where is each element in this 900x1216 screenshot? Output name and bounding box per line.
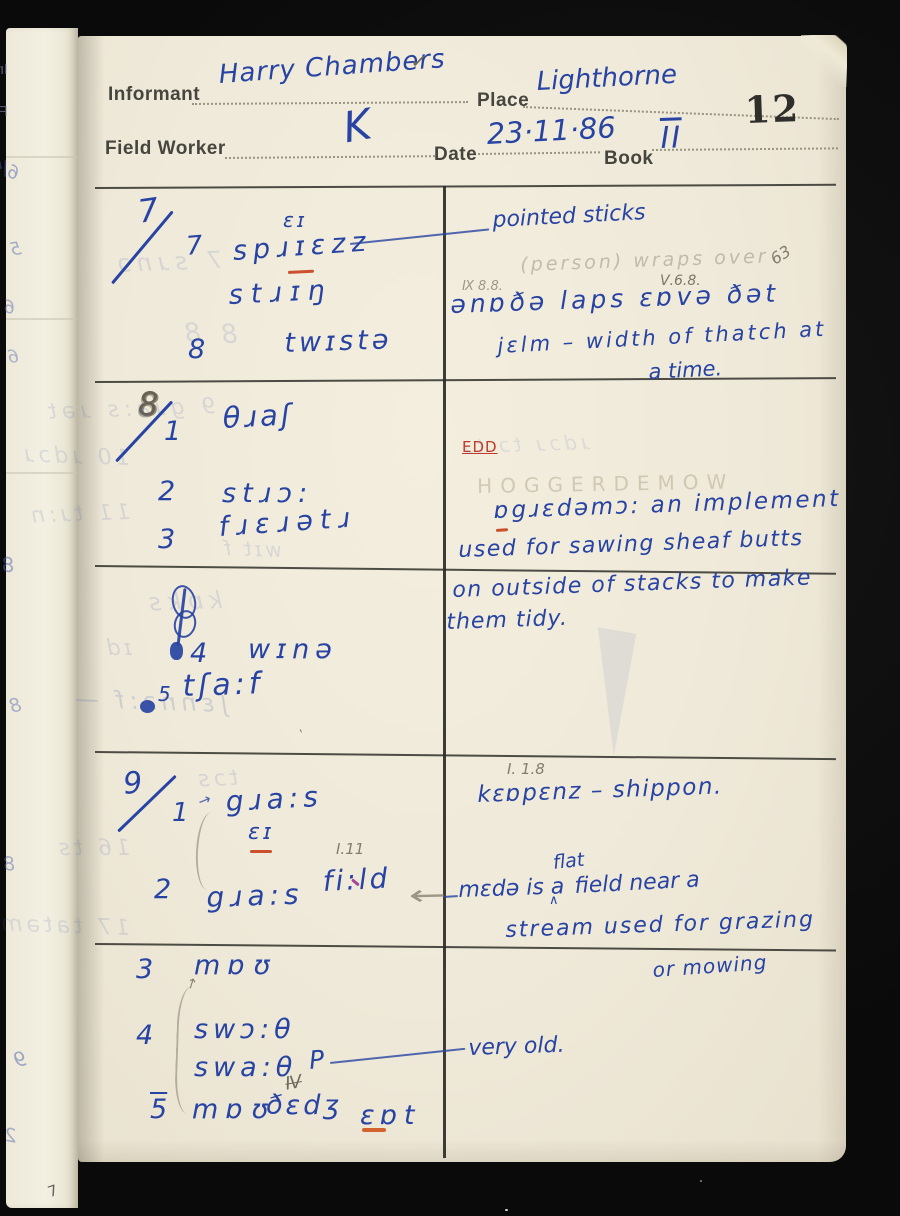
definition-line: field near a (574, 869, 700, 898)
table-rule-1 (95, 184, 836, 189)
definition-line: used for sawing sheaf butts (458, 528, 804, 562)
phonetic-word-thrash: θɹaʃ (222, 400, 294, 433)
entry-group-number: 7 (136, 193, 161, 228)
fieldworker-value: K (340, 103, 374, 149)
entry-group-number: 9 (122, 768, 144, 800)
strip-ghost-mark: 9 (12, 1048, 29, 1070)
pencil-left-arrow: ← (408, 881, 447, 910)
informant-dotted-line (192, 101, 468, 105)
definition-line: jɛlm – width of thatch at (497, 319, 827, 357)
item-number: 3 (158, 526, 175, 553)
strip-ghost-mark: 8 (0, 554, 16, 576)
item-number: 4 (136, 1022, 153, 1049)
book-label: Book (604, 149, 654, 168)
ghost-text: 17 tatəma:θ (0, 912, 130, 940)
ghost-text: ɹdɔɹ tɔ tɹ (459, 432, 591, 457)
item-number: 5 (150, 1096, 167, 1123)
strip-ghost-mark: 8 (2, 855, 16, 875)
phonetic-phrase-cowpens: kɛɒpɛnz – shippon. (477, 775, 723, 807)
dog-ear-corner (801, 35, 847, 87)
phonetic-word-grass: gɹa:s (206, 881, 304, 912)
pencil-bracket (194, 812, 214, 891)
strip-ghost-mark: 8 (8, 696, 23, 716)
bleedthrough-shape (590, 627, 640, 757)
date-value: 23·11·86 (486, 113, 616, 149)
inserted-word: flat (552, 851, 585, 873)
informant-label: Informant (108, 85, 200, 104)
checkmark: ✓ (409, 50, 428, 72)
phonetic-word-the-edge: ðɛdʒ (266, 1092, 342, 1119)
superscript-variant: ɛɪ (248, 822, 274, 844)
ghost-text: kɒks (143, 588, 223, 615)
phonetic-word-string: stɹɪŋ (228, 277, 334, 309)
item-number: 3 (136, 956, 153, 983)
pencil-note: (person) wraps over (520, 247, 769, 275)
phonetic-word-winnower: wɪnə (248, 636, 338, 663)
ghost-text: ɪd (104, 638, 132, 660)
ghost-text: 10 ɹdɔɹ (20, 444, 130, 470)
phonetic-word-mow: mɒʊ (194, 952, 278, 979)
ghost-text: 9 gɹa:s ɹət (43, 396, 216, 424)
ghost-text: tɔs (194, 768, 239, 792)
definition-line: them tidy. (446, 608, 568, 634)
ghost-text: 11 tɹ:n (27, 502, 131, 528)
scan-backdrop: { "colors": {"ink":"#2743a3","pencil":"#… (0, 0, 900, 1216)
gloss-note: pointed sticks (492, 202, 646, 232)
superscript-variant: ɛɪ (283, 210, 307, 230)
dust-speck (700, 1180, 702, 1182)
phonetic-word-swath: swa:θ (194, 1054, 297, 1081)
hook-arrow: → (196, 791, 213, 810)
definition-line: or mowing (652, 952, 768, 980)
phonetic-word-twister: twɪstə (284, 326, 393, 357)
item-number: 1 (172, 800, 189, 826)
strip-ghost-mark: 6 (2, 298, 16, 317)
column-divider (443, 186, 446, 1158)
item-number: 2 (158, 478, 175, 505)
definition-line: a time. (648, 358, 723, 383)
phonetic-word-out: ɛɒt (360, 1102, 420, 1129)
page-number: 12 (744, 90, 801, 129)
place-label: Place (477, 91, 529, 110)
phonetic-word-swath: swɔ:θ (194, 1016, 296, 1043)
date-label: Date (434, 145, 477, 164)
ghost-text: wɪt f (221, 538, 282, 560)
prev-page-edge: Informant Field W 6/4 5 6 6 8 8 8 9 2 (6, 28, 78, 1208)
strip-ghost-mark: 2 (3, 1126, 18, 1147)
ink-blot (170, 642, 183, 660)
pencil-up-arrow: ↑ (184, 976, 199, 993)
item-number: 1 (164, 418, 181, 445)
red-underline (288, 270, 314, 274)
phonetic-word-mow: mɒʊ (192, 1096, 276, 1123)
phonetic-word-straw: stɹɔ: (222, 480, 313, 507)
ghost-text: ʃɛnnɔ:f — (69, 686, 228, 715)
pencil-reference: I.11 (336, 842, 364, 857)
date-dotted-line (478, 151, 600, 155)
book-value: II (660, 123, 683, 154)
insertion-caret: ∧ (549, 894, 559, 907)
ghost-text: 16 ts (55, 838, 130, 860)
phonetic-word-spars: spɹɪɛzz (232, 228, 373, 265)
strip-crease (6, 472, 78, 474)
red-underline (362, 1128, 386, 1132)
phonetic-word-grass: gɹa:s (225, 783, 323, 816)
definition-line: on outside of stacks to make (452, 567, 812, 602)
strip-ghost-mark: 6/4 (0, 154, 22, 183)
strip-ghost-mark: 6 (7, 348, 20, 367)
notebook-page: Informant Harry Chambers ✓ Place Lightho… (78, 36, 846, 1162)
item-number: 4 (190, 640, 207, 667)
lead-dash (444, 895, 458, 898)
fieldworker-dotted-line (225, 155, 435, 159)
table-rule-4 (95, 751, 836, 760)
strip-ghost-informant: Informant (0, 62, 8, 77)
pencil-reference: 63 (768, 243, 794, 267)
ghost-text: 8 8 (178, 320, 238, 348)
phonetic-word-field: fi:ld (322, 864, 391, 896)
pencil-tick: ‵ (298, 728, 302, 744)
definition-line: stream used for grazing (505, 909, 815, 942)
fieldworker-label: Field Worker (105, 139, 226, 158)
strip-crease (6, 318, 78, 320)
phonetic-mark-p: P (308, 1047, 325, 1073)
strip-ghost-fieldworker: Field W (0, 104, 8, 119)
table-rule-2 (95, 377, 836, 383)
phonetic-word: fɹɛɹətɹ (218, 504, 358, 541)
dust-speck (505, 1209, 508, 1211)
item-number: 2 (154, 876, 171, 903)
place-value: Lighthorne (536, 62, 678, 95)
red-underline (250, 850, 272, 853)
red-tick (496, 528, 508, 532)
strip-crease (6, 156, 78, 158)
strip-ghost-mark: 5 (9, 240, 23, 260)
gloss-note: very old. (468, 1035, 565, 1060)
pencil-reference: I. 1.8 (507, 762, 545, 777)
ghost-text: 7 sɹnɔ (111, 248, 223, 276)
